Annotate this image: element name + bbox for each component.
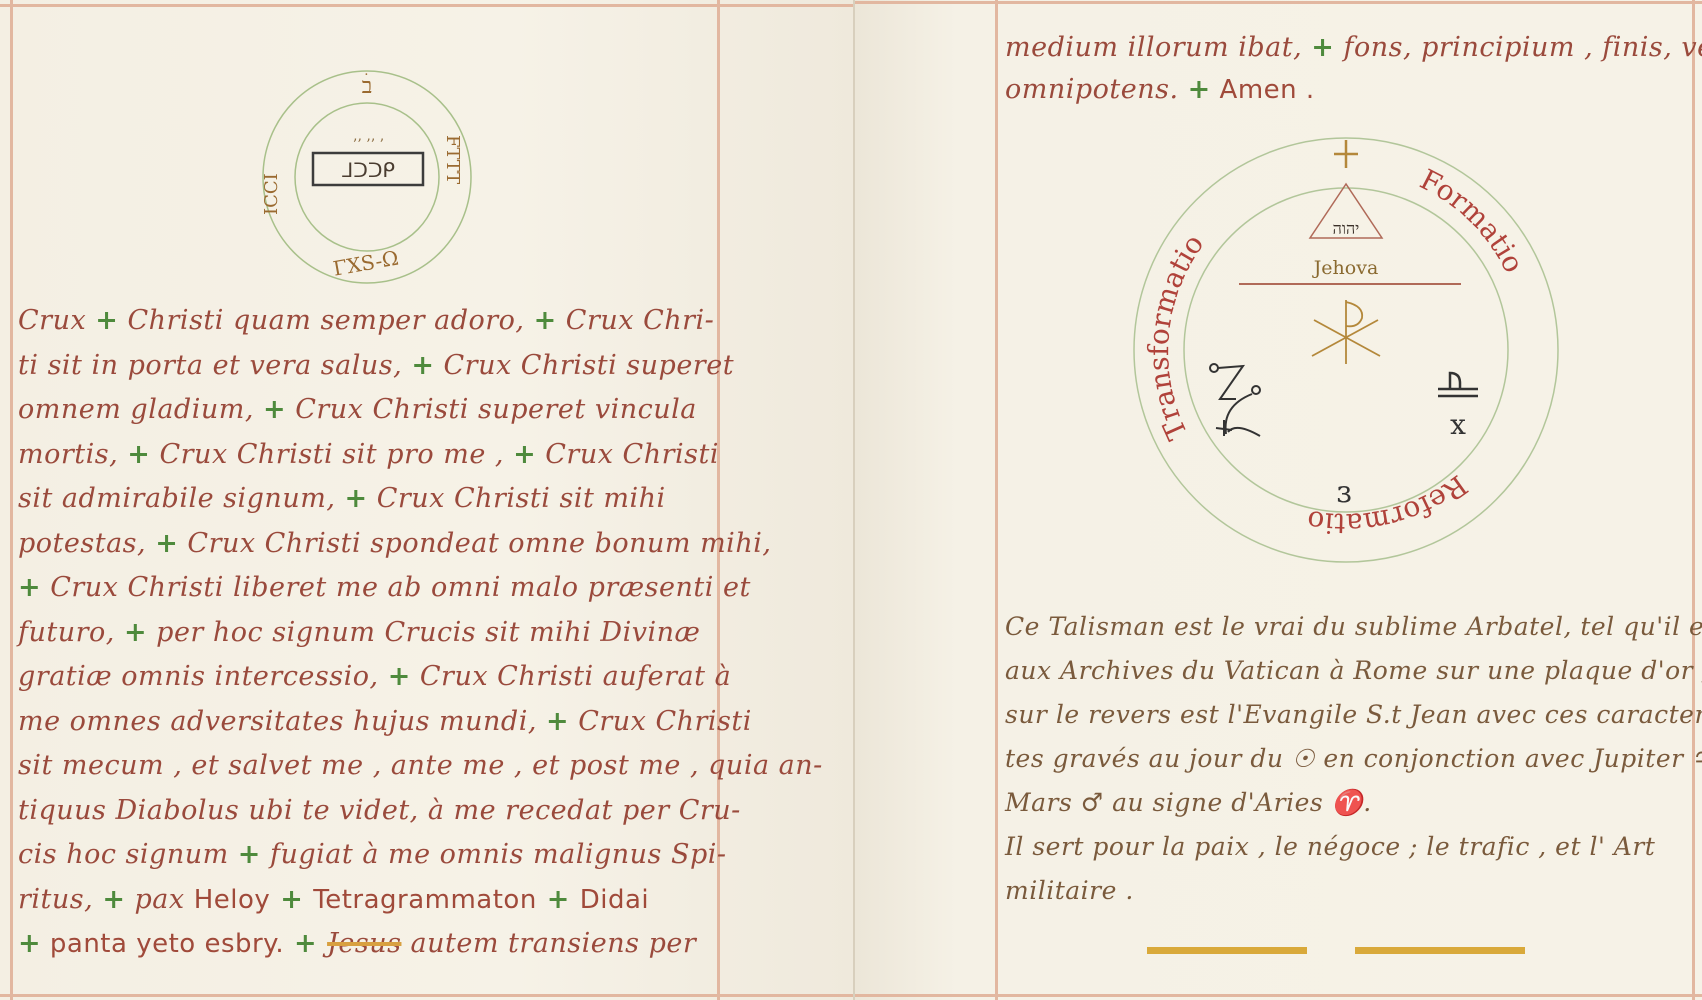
italic-text: medium illorum ibat,: [1005, 32, 1311, 63]
text-line: futuro, + per hoc signum Crucis sit mihi…: [18, 617, 700, 648]
bottom-symbol: ɜ: [1336, 475, 1351, 510]
italic-text: tiquus Diabolus ubi te videt, à me reced…: [18, 795, 741, 826]
italic-text: pax: [125, 884, 193, 915]
green-cross-icon: +: [388, 661, 411, 692]
text-line: sur le revers est l'Evangile S.t Jean av…: [1005, 700, 1702, 729]
green-cross-icon: +: [124, 617, 147, 648]
italic-text: Crux Christi: [569, 706, 752, 737]
green-cross-icon: +: [18, 928, 41, 959]
italic-text: Crux: [18, 305, 95, 336]
green-cross-icon: +: [537, 884, 580, 915]
green-cross-icon: +: [102, 884, 125, 915]
text-line: gratiæ omnis intercessio, + Crux Christi…: [18, 661, 731, 692]
text-line: Mars ♂ au signe d'Aries ♈.: [1005, 788, 1372, 818]
ring-reformatio: Reformatio: [1305, 468, 1474, 540]
seal-bottom-glyphs: ΓXS-Ω: [331, 246, 400, 281]
right-page-top-rule: [855, 1, 1702, 4]
text-line: Crux + Christi quam semper adoro, + Crux…: [18, 305, 714, 336]
text-line: militaire .: [1005, 876, 1134, 905]
right-x-symbol: x: [1450, 408, 1466, 441]
text-line: ritus, + pax Heloy + Tetragrammaton + Di…: [18, 884, 649, 915]
italic-text: futuro,: [18, 617, 124, 648]
italic-text: sit admirabile signum,: [18, 483, 344, 514]
green-cross-icon: +: [95, 305, 118, 336]
planetary-sigil-icon: [1210, 364, 1260, 436]
seal-box-glyphs: ᒧᑐᑐᑭ: [341, 158, 395, 182]
italic-text: cis hoc signum: [18, 839, 238, 870]
green-cross-icon: +: [1311, 32, 1334, 63]
text-line: mortis, + Crux Christi sit pro me , + Cr…: [18, 439, 719, 470]
green-cross-icon: +: [513, 439, 536, 470]
text-line: omnipotens. + Amen .: [1005, 74, 1315, 105]
italic-text: Crux Christi: [536, 439, 719, 470]
green-cross-icon: +: [411, 350, 434, 381]
jehova-label: Jehova: [1312, 257, 1379, 279]
green-cross-icon: +: [1188, 74, 1211, 105]
right-page: medium illorum ibat, + fons, principium …: [855, 0, 1702, 1000]
italic-text: ritus,: [18, 884, 102, 915]
right-page-bottom-rule: [855, 994, 1702, 997]
text-line: + panta yeto esbry. + Jesus autem transi…: [18, 928, 696, 959]
italic-text: autem transiens per: [401, 928, 696, 959]
green-cross-icon: +: [534, 305, 557, 336]
right-page-right-margin-rule: [1692, 0, 1695, 1000]
green-cross-icon: +: [238, 839, 261, 870]
seal-box-dots: ʼʼ ʼʼ ʼ: [352, 137, 383, 153]
italic-text: omnipotens.: [1005, 74, 1188, 105]
italic-text: Crux Christi auferat à: [411, 661, 731, 692]
text-line: tiquus Diabolus ubi te videt, à me reced…: [18, 795, 741, 826]
italic-text: Crux Christi spondeat omne bonum mihi,: [178, 528, 771, 559]
text-line: aux Archives du Vatican à Rome sur une p…: [1005, 656, 1702, 685]
italic-text: sit mecum , et salvet me , ante me , et …: [18, 750, 823, 781]
italic-text: Crux Christi sit pro me ,: [150, 439, 513, 470]
italic-text: mortis,: [18, 439, 127, 470]
libra-sigil-icon: [1438, 373, 1478, 396]
gold-divider-left: [1147, 947, 1307, 954]
text-line: tes gravés au jour du ☉ en conjonction a…: [1005, 744, 1702, 773]
italic-text: me omnes adversitates hujus mundi,: [18, 706, 546, 737]
green-cross-icon: +: [263, 394, 286, 425]
italic-text: gratiæ omnis intercessio,: [18, 661, 388, 692]
italic-text: per hoc signum Crucis sit mihi Divinæ: [147, 617, 700, 648]
chi-rho-icon: [1312, 300, 1380, 364]
italic-text: Crux Christi sit mihi: [368, 483, 666, 514]
roman-text: Amen .: [1211, 75, 1315, 105]
green-cross-icon: +: [270, 884, 313, 915]
roman-text: Heloy: [194, 885, 271, 915]
text-line: cis hoc signum + fugiat à me omnis malig…: [18, 839, 727, 870]
italic-text: Crux Christi liberet me ab omni malo præ…: [41, 572, 751, 603]
italic-text: ti sit in porta et vera salus,: [18, 350, 411, 381]
right-page-left-margin-rule: [995, 0, 998, 1000]
italic-text: fons, principium , finis, veritas,: [1334, 32, 1702, 63]
text-line: sit mecum , et salvet me , ante me , et …: [18, 750, 823, 781]
italic-text: fugiat à me omnis malignus Spi-: [261, 839, 727, 870]
roman-text: Didai: [580, 885, 649, 915]
italic-text: omnem gladium,: [18, 394, 263, 425]
gold-divider-right: [1355, 947, 1525, 954]
text-line: Ce Talisman est le vrai du sublime Arbat…: [1005, 612, 1702, 641]
italic-text: Christi quam semper adoro,: [118, 305, 533, 336]
green-cross-icon: +: [18, 572, 41, 603]
arbatel-talisman-diagram: יהוה Jehova: [1128, 134, 1564, 570]
text-line: medium illorum ibat, + fons, principium …: [1005, 32, 1702, 63]
triangle-hebrew-name: יהוה: [1333, 219, 1360, 238]
green-cross-icon: +: [344, 483, 367, 514]
text-line: + Crux Christi liberet me ab omni malo p…: [18, 572, 751, 603]
seal-left-glyphs: ICCI: [261, 173, 282, 215]
text-line: Il sert pour la paix , le négoce ; le tr…: [1005, 832, 1655, 861]
struck-text: Jesus: [327, 928, 401, 959]
manuscript-spread: ᒧᑐᑐᑭ ʼʼ ʼʼ ʼ בׄ FTTT ICCI ΓXS-Ω Crux + C…: [0, 0, 1702, 1000]
left-page-left-margin-rule: [10, 0, 13, 1000]
green-cross-icon: +: [155, 528, 178, 559]
italic-text: Crux Christi superet vincula: [286, 394, 697, 425]
green-cross-icon: +: [284, 928, 327, 959]
text-line: omnem gladium, + Crux Christi superet vi…: [18, 394, 697, 425]
hebrew-seal-diagram: ᒧᑐᑐᑭ ʼʼ ʼʼ ʼ בׄ FTTT ICCI ΓXS-Ω: [257, 65, 477, 290]
text-line: sit admirabile signum, + Crux Christi si…: [18, 483, 666, 514]
gold-cross-icon: [1334, 140, 1358, 168]
text-line: ti sit in porta et vera salus, + Crux Ch…: [18, 350, 734, 381]
text-line: me omnes adversitates hujus mundi, + Cru…: [18, 706, 752, 737]
left-page: ᒧᑐᑐᑭ ʼʼ ʼʼ ʼ בׄ FTTT ICCI ΓXS-Ω Crux + C…: [0, 0, 854, 1000]
seal-top-glyph: בׄ: [362, 73, 373, 99]
roman-text: Tetragrammaton: [313, 885, 537, 915]
green-cross-icon: +: [127, 439, 150, 470]
italic-text: Crux Chri-: [557, 305, 715, 336]
green-cross-icon: +: [546, 706, 569, 737]
roman-text: panta yeto esbry.: [41, 929, 284, 959]
left-page-bottom-rule: [0, 994, 854, 997]
seal-right-glyphs: FTTT: [442, 135, 463, 184]
left-page-top-rule: [0, 4, 854, 7]
italic-text: Crux Christi superet: [434, 350, 734, 381]
italic-text: potestas,: [18, 528, 155, 559]
ring-transformatio: Transformatio: [1142, 228, 1210, 445]
text-line: potestas, + Crux Christi spondeat omne b…: [18, 528, 771, 559]
